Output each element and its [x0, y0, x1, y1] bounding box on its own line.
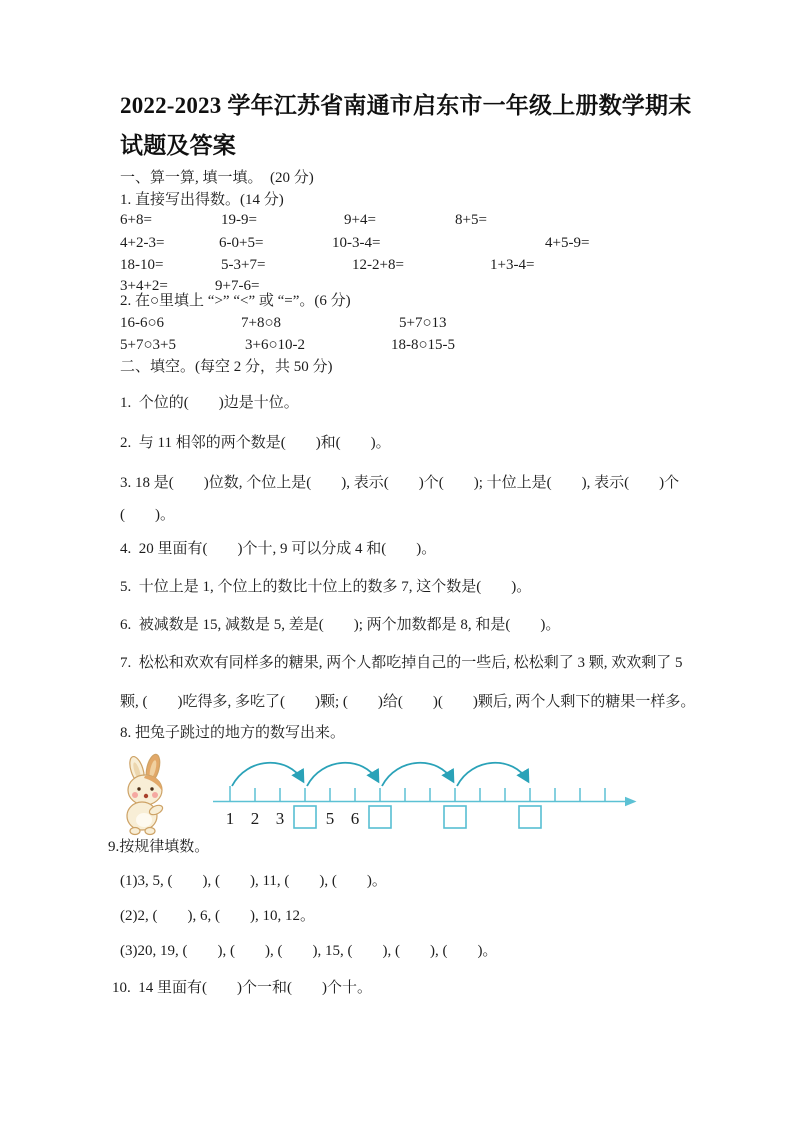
- number-line-axis: [213, 786, 626, 802]
- question-10: 10. 14 里面有( )个一和( )个十。: [112, 978, 372, 998]
- answer-box: [519, 806, 541, 828]
- answer-box: [294, 806, 316, 828]
- number-line-figure: 1 2 3 5 6: [85, 748, 655, 848]
- question-6: 6. 被减数是 15, 减数是 5, 差是( ); 两个加数都是 8, 和是( …: [120, 615, 560, 635]
- math-expression: 6-0+5=: [219, 233, 263, 253]
- question-3-line1: 3. 18 是( )位数, 个位上是( ), 表示( )个( ); 十位上是( …: [120, 473, 679, 493]
- answer-box: [369, 806, 391, 828]
- math-expression: 8+5=: [455, 210, 487, 230]
- math-expression: 4+5-9=: [545, 233, 589, 253]
- jump-arcs: [232, 763, 528, 786]
- math-expression: 18-10=: [120, 255, 163, 275]
- tick-label: 3: [276, 809, 285, 828]
- compare-expression: 5+7○3+5: [120, 335, 176, 355]
- axis-arrow-icon: [625, 797, 637, 806]
- tick-label: 2: [251, 809, 260, 828]
- answer-box: [444, 806, 466, 828]
- rabbit-illustration: [127, 753, 164, 835]
- tick-label: 6: [351, 809, 360, 828]
- jump-arc: [382, 763, 453, 786]
- math-expression: 19-9=: [221, 210, 257, 230]
- compare-expression: 3+6○10-2: [245, 335, 305, 355]
- tick-label: 1: [226, 809, 235, 828]
- part2-heading: 二、填空。(每空 2 分，共 50 分): [120, 357, 333, 377]
- number-labels: 1 2 3 5 6: [226, 809, 360, 828]
- compare-expression: 7+8○8: [241, 313, 281, 333]
- part1-heading: 一、算一算, 填一填。 (20 分): [120, 168, 314, 188]
- question-9: 9.按规律填数。: [108, 837, 209, 857]
- jump-arc: [457, 763, 528, 786]
- question-8: 8. 把兔子跳过的地方的数写出来。: [120, 723, 345, 743]
- compare-expression: 16-6○6: [120, 313, 164, 333]
- math-expression: 10-3-4=: [332, 233, 380, 253]
- question-7-line1: 7. 松松和欢欢有同样多的糖果, 两个人都吃掉自己的一些后, 松松剩了 3 颗,…: [120, 653, 683, 673]
- part1-q2-label: 2. 在○里填上 “>” “<” 或 “=”。(6 分): [120, 291, 351, 311]
- compare-expression: 5+7○13: [399, 313, 447, 333]
- question-4: 4. 20 里面有( )个十, 9 可以分成 4 和( )。: [120, 539, 436, 559]
- question-3-line2: ( )。: [120, 505, 175, 525]
- question-5: 5. 十位上是 1, 个位上的数比十位上的数多 7, 这个数是( )。: [120, 577, 531, 597]
- math-expression: 9+4=: [344, 210, 376, 230]
- compare-expression: 18-8○15-5: [391, 335, 455, 355]
- document-title: 2022-2023 学年江苏省南通市启东市一年级上册数学期末试题及答案: [120, 86, 706, 166]
- tick-label: 5: [326, 809, 335, 828]
- question-9-sub2: (2)2, ( ), 6, ( ), 10, 12。: [120, 906, 315, 926]
- math-expression: 5-3+7=: [221, 255, 265, 275]
- question-2: 2. 与 11 相邻的两个数是( )和( )。: [120, 433, 391, 453]
- exam-document: 2022-2023 学年江苏省南通市启东市一年级上册数学期末试题及答案 一、算一…: [0, 0, 793, 1122]
- math-expression: 12-2+8=: [352, 255, 404, 275]
- question-7-line2: 颗, ( )吃得多, 多吃了( )颗; ( )给( )( )颗后, 两个人剩下的…: [120, 692, 695, 712]
- jump-arc: [232, 763, 303, 786]
- question-1: 1. 个位的( )边是十位。: [120, 393, 299, 413]
- question-9-sub3: (3)20, 19, ( ), ( ), ( ), 15, ( ), ( ), …: [120, 941, 497, 961]
- math-expression: 4+2-3=: [120, 233, 164, 253]
- math-expression: 6+8=: [120, 210, 152, 230]
- math-expression: 1+3-4=: [490, 255, 534, 275]
- part1-q1-label: 1. 直接写出得数。(14 分): [120, 190, 284, 210]
- question-9-sub1: (1)3, 5, ( ), ( ), 11, ( ), ( )。: [120, 871, 387, 891]
- jump-arc: [307, 763, 378, 786]
